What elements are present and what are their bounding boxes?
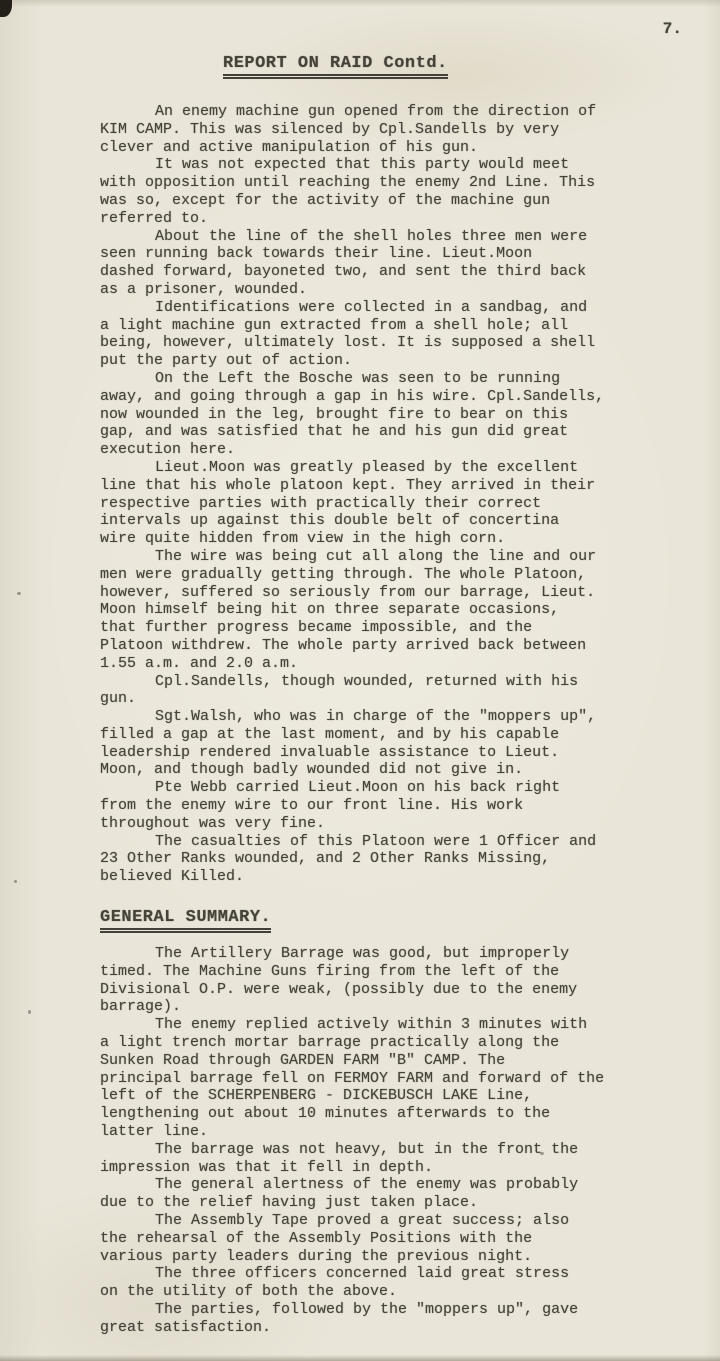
- report-section: An enemy machine gun opened from the dir…: [100, 103, 660, 886]
- report-heading: REPORT ON RAID Contd.: [223, 54, 448, 79]
- paragraph: An enemy machine gun opened from the dir…: [100, 103, 660, 156]
- paragraph: The general alertness of the enemy was p…: [100, 1176, 660, 1212]
- document-content: REPORT ON RAID Contd. An enemy machine g…: [100, 54, 660, 1337]
- page-number: 7.: [663, 20, 682, 38]
- summary-section: The Artillery Barrage was good, but impr…: [100, 945, 660, 1337]
- scan-artifact-speck: [17, 592, 21, 595]
- paragraph: The casualties of this Platoon were 1 Of…: [100, 833, 660, 886]
- paragraph: The Artillery Barrage was good, but impr…: [100, 945, 660, 1016]
- paragraph: Lieut.Moon was greatly pleased by the ex…: [100, 459, 660, 548]
- paragraph: Cpl.Sandells, though wounded, returned w…: [100, 673, 660, 709]
- paragraph: The parties, followed by the "moppers up…: [100, 1301, 660, 1337]
- paragraph: It was not expected that this party woul…: [100, 156, 660, 227]
- paragraph: The Assembly Tape proved a great success…: [100, 1212, 660, 1265]
- summary-heading: GENERAL SUMMARY.: [100, 908, 271, 933]
- scan-artifact-speck: [540, 1152, 544, 1155]
- report-heading-row: REPORT ON RAID Contd.: [223, 54, 660, 79]
- summary-heading-row: GENERAL SUMMARY.: [100, 908, 660, 933]
- paragraph: About the line of the shell holes three …: [100, 228, 660, 299]
- paragraph: On the Left the Bosche was seen to be ru…: [100, 370, 660, 459]
- paragraph: The wire was being cut all along the lin…: [100, 548, 660, 673]
- paragraph: The enemy replied actively within 3 minu…: [100, 1016, 660, 1141]
- scan-artifact-corner-mark: [0, 0, 12, 17]
- paragraph: The barrage was not heavy, but in the fr…: [100, 1141, 660, 1177]
- document-page: 7. REPORT ON RAID Contd. An enemy machin…: [0, 0, 720, 1361]
- paragraph: The three officers concerned laid great …: [100, 1265, 660, 1301]
- paragraph: Pte Webb carried Lieut.Moon on his back …: [100, 779, 660, 832]
- scan-artifact-speck: [14, 880, 17, 883]
- paragraph: Sgt.Walsh, who was in charge of the "mop…: [100, 708, 660, 779]
- paragraph: Identifications were collected in a sand…: [100, 299, 660, 370]
- scan-artifact-speck: [28, 1010, 31, 1014]
